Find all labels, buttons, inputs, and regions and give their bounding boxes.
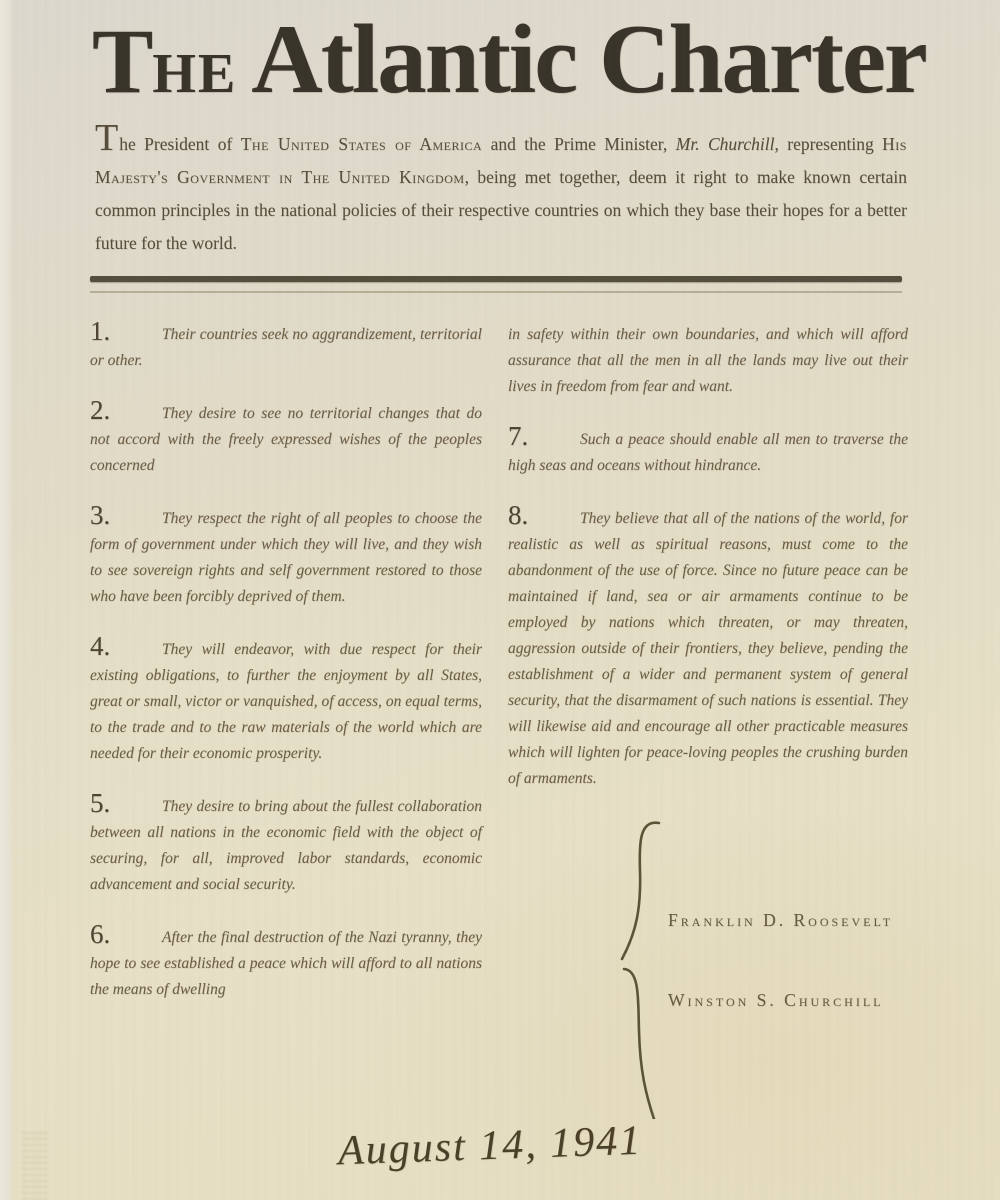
signature-block: Franklin D. Roosevelt Winston S. Churchi… (508, 819, 908, 1119)
article-3-number: 3. (90, 502, 110, 528)
article-7: 7. Such a peace should enable all men to… (508, 427, 908, 479)
divider-rule (90, 276, 902, 292)
article-6-continuation: in safety within their own boundaries, a… (508, 322, 908, 400)
article-7-number: 7. (508, 423, 528, 449)
preamble-seg3: , representing (774, 134, 882, 154)
article-4-number: 4. (90, 633, 110, 659)
title-the-smallcaps: HE (152, 46, 237, 102)
preamble-dropcap: T (95, 117, 119, 159)
right-column: in safety within their own boundaries, a… (508, 322, 908, 1119)
article-2-number: 2. (90, 397, 110, 423)
article-6: 6. After the final destruction of the Na… (90, 925, 482, 1003)
article-8-number: 8. (508, 502, 528, 528)
charter-columns: 1. Their countries seek no aggrandizemen… (90, 322, 908, 1119)
page-title: T HE Atlantic Charter (92, 8, 926, 112)
article-5-number: 5. (90, 790, 110, 816)
article-5-text: They desire to bring about the fullest c… (90, 798, 482, 893)
archive-mark (22, 1128, 48, 1200)
article-1-text: Their countries seek no aggrandizement, … (90, 326, 482, 369)
article-3: 3. They respect the right of all peoples… (90, 506, 482, 610)
article-6-text: After the final destruction of the Nazi … (90, 929, 482, 998)
article-3-text: They respect the right of all peoples to… (90, 510, 482, 605)
signature-roosevelt: Franklin D. Roosevelt (668, 907, 893, 933)
article-2: 2. They desire to see no territorial cha… (90, 401, 482, 479)
divider-rule-thick (90, 276, 902, 282)
article-2-text: They desire to see no territorial change… (90, 405, 482, 474)
article-7-text: Such a peace should enable all men to tr… (508, 431, 908, 474)
divider-rule-thin (90, 291, 902, 293)
preamble-seg2: and the Prime Minister, (482, 134, 676, 154)
article-6-number: 6. (90, 921, 110, 947)
signature-churchill: Winston S. Churchill (668, 987, 884, 1013)
atlantic-charter-document: T HE Atlantic Charter The President of T… (0, 0, 1000, 1200)
left-column: 1. Their countries seek no aggrandizemen… (90, 322, 482, 1119)
title-main: Atlantic Charter (251, 8, 926, 112)
signature-brace-icon (613, 819, 673, 1119)
preamble-seg1: he President of (119, 134, 241, 154)
article-8-text: They believe that all of the nations of … (508, 510, 908, 787)
preamble-paragraph: The President of The United States of Am… (95, 128, 907, 260)
article-5: 5. They desire to bring about the fulles… (90, 794, 482, 898)
title-the-initial: T (92, 11, 152, 112)
article-8: 8. They believe that all of the nations … (508, 506, 908, 792)
document-date: August 14, 1941 (337, 1117, 643, 1176)
article-4-text: They will endeavor, with due respect for… (90, 641, 482, 762)
article-1: 1. Their countries seek no aggrandizemen… (90, 322, 482, 374)
article-4: 4. They will endeavor, with due respect … (90, 637, 482, 767)
preamble-usa-smallcaps: The United States of America (241, 134, 482, 154)
preamble-churchill-italic: Mr. Churchill (676, 134, 775, 154)
article-1-number: 1. (90, 318, 110, 344)
